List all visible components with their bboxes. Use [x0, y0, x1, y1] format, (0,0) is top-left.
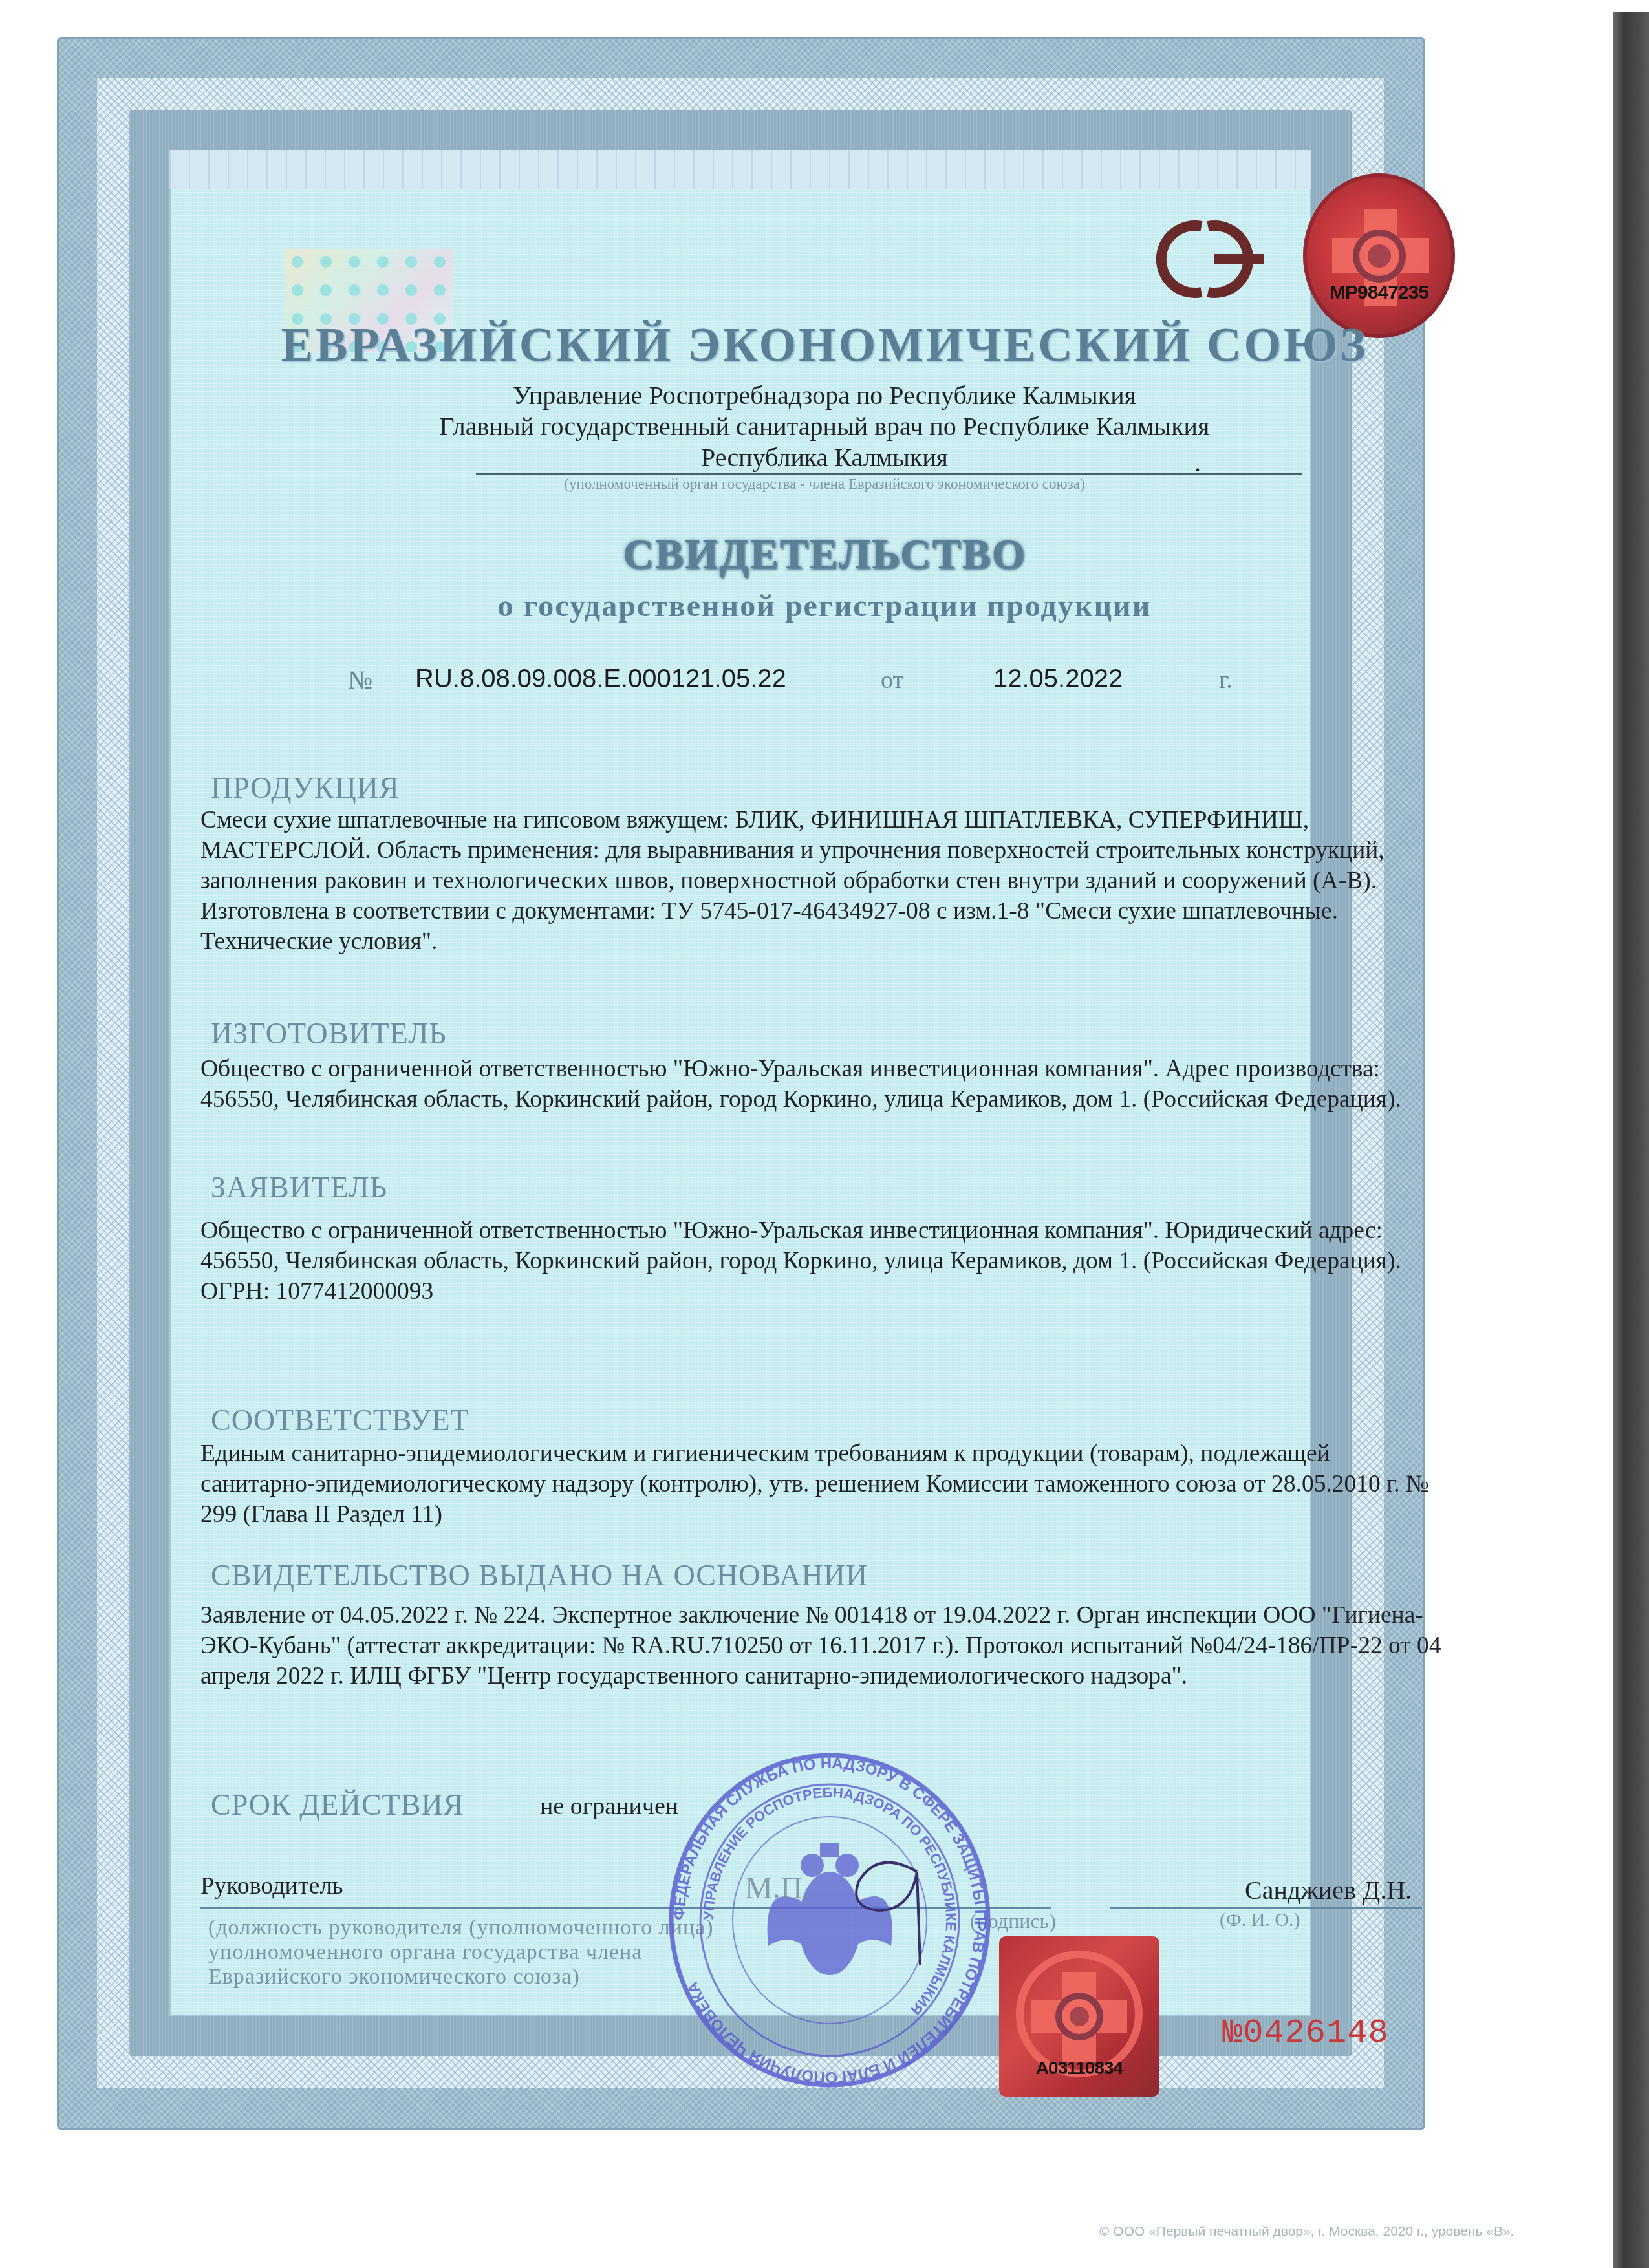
validity-heading: СРОК ДЕЙСТВИЯ [211, 1788, 464, 1822]
security-grid-strip [169, 150, 1311, 189]
authority-caption: (уполномоченный орган государства - член… [0, 476, 1649, 493]
head-name: Санджиев Д.Н. [1245, 1875, 1412, 1905]
union-title: ЕВРАЗИЙСКИЙ ЭКОНОМИЧЕСКИЙ СОЮЗ [0, 318, 1649, 373]
section-heading-manufacturer: ИЗГОТОВИТЕЛЬ [211, 1016, 447, 1051]
hologram-serial: А03110834 [999, 2058, 1159, 2079]
hologram-sticker-top: МР9847235 [1303, 173, 1455, 338]
seal-placeholder-label: М.П. [745, 1870, 810, 1906]
certificate-subtitle: о государственной регистрации продукции [0, 588, 1649, 624]
section-heading-basis: СВИДЕТЕЛЬСТВО ВЫДАНО НА ОСНОВАНИИ [211, 1558, 868, 1592]
validity-value: не ограничен [540, 1792, 678, 1821]
name-line [1110, 1907, 1422, 1909]
section-body-conforms: Единым санитарно-эпидемиологическим и ги… [200, 1439, 1449, 1530]
section-body-manufacturer: Общество с ограниченной ответственностью… [200, 1054, 1449, 1115]
registration-number: RU.8.08.09.008.E.000121.05.22 [415, 665, 786, 694]
form-serial-number: №0426148 [1222, 2014, 1389, 2052]
section-heading-applicant: ЗАЯВИТЕЛЬ [211, 1170, 387, 1204]
hologram-cross-icon [1303, 173, 1455, 338]
authority-line: Главный государственный санитарный врач … [0, 411, 1649, 442]
printer-footer: © ООО «Первый печатный двор», г. Москва,… [1099, 2224, 1514, 2240]
authority-line: Республика Калмыкия [0, 442, 1649, 473]
section-body-product: Смеси сухие шпатлевочные на гипсовом вяж… [200, 805, 1449, 957]
registration-date: 12.05.2022 [993, 665, 1123, 694]
section-body-basis: Заявление от 04.05.2022 г. № 224. Экспер… [200, 1600, 1449, 1691]
head-label: Руководитель [200, 1872, 343, 1900]
number-sign: № [348, 665, 372, 695]
section-heading-product: ПРОДУКЦИЯ [211, 771, 400, 805]
hologram-serial: МР9847235 [1303, 282, 1455, 304]
fio-caption: (Ф. И. О.) [1220, 1909, 1300, 1931]
section-heading-conforms: СООТВЕТСТВУЕТ [211, 1403, 469, 1437]
authority-line: Управление Роспотребнадзора по Республик… [0, 380, 1649, 411]
official-seal-stamp: ФЕДЕРАЛЬНАЯ СЛУЖБА ПО НАДЗОРУ В СФЕРЕ ЗА… [665, 1752, 995, 2088]
conformity-mark-se-icon [1137, 212, 1279, 306]
hologram-sticker-bottom: А03110834 [999, 1936, 1159, 2097]
certificate-title: СВИДЕТЕЛЬСТВО [0, 530, 1649, 579]
date-prefix: от [881, 666, 903, 694]
authority-underline [476, 473, 1302, 475]
date-suffix: г. [1219, 666, 1233, 694]
section-body-applicant: Общество с ограниченной ответственностью… [200, 1215, 1449, 1307]
